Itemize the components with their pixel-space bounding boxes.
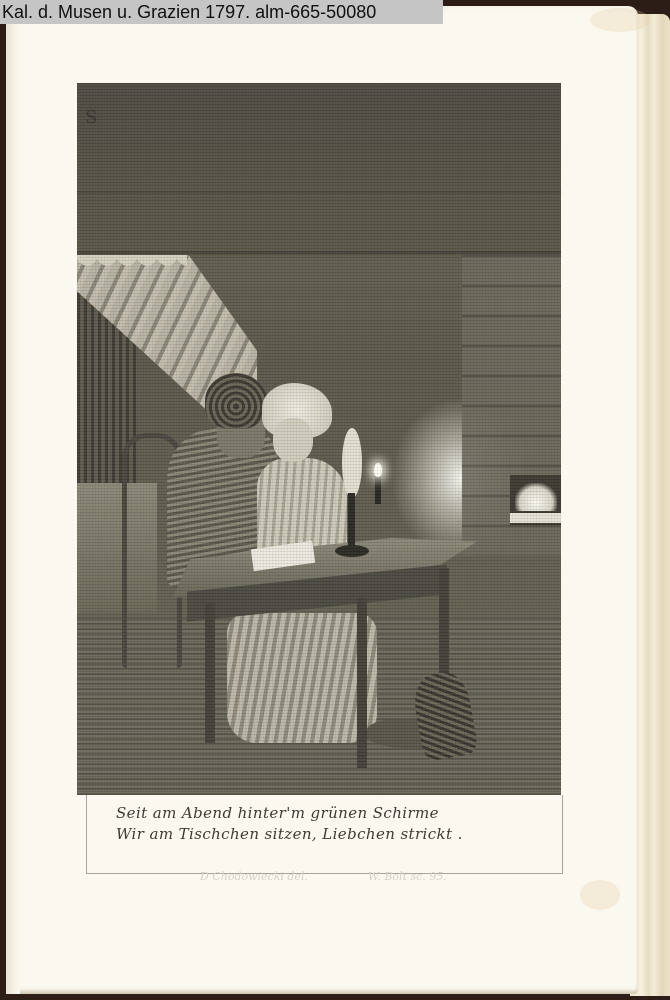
curtain-valance — [77, 255, 187, 285]
candle — [375, 476, 381, 504]
table-leg — [439, 568, 449, 688]
table-leg — [357, 598, 367, 768]
caption: Seit am Abend hinter'm grünen Schirme Wi… — [116, 803, 556, 845]
paper-stain — [590, 8, 650, 32]
candle-flame — [374, 463, 382, 477]
ceiling-line — [77, 191, 561, 194]
table-leg — [205, 603, 215, 743]
image-label: Kal. d. Musen u. Grazien 1797. alm-665-5… — [0, 0, 443, 24]
engraving-plate: S — [77, 83, 561, 795]
plate-mark: S — [85, 107, 97, 128]
caption-line-1: Seit am Abend hinter'm grünen Schirme — [116, 803, 556, 824]
page-gutter — [6, 6, 20, 994]
caption-line-2: Wir am Tischchen sitzen, Liebchen strick… — [116, 824, 556, 845]
green-screen-shade — [342, 428, 362, 498]
engraving-credits: D Chodowiecki del. W. Bolt sc. 95. — [200, 870, 460, 883]
engraver-credit: W. Bolt sc. 95. — [368, 870, 447, 883]
paper-stain — [580, 880, 620, 910]
designer-credit: D Chodowiecki del. — [200, 870, 308, 883]
woman-face — [273, 418, 313, 462]
hearth-step — [510, 513, 561, 523]
candlestick-base — [335, 545, 369, 557]
candlestick — [348, 493, 355, 553]
man-hat — [205, 373, 267, 429]
woman-skirt — [227, 613, 377, 743]
fire — [515, 483, 557, 511]
wall-line — [77, 251, 561, 254]
